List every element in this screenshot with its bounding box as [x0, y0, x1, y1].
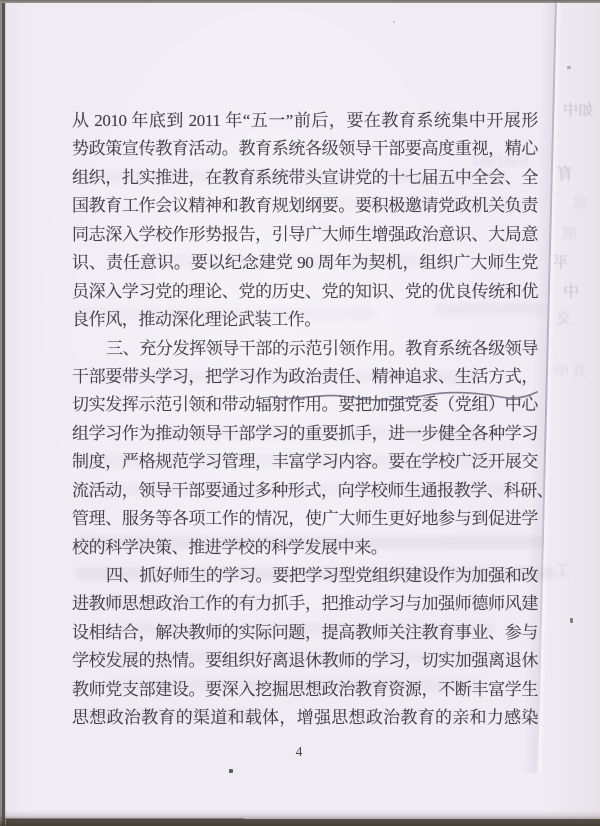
scanner-edge-bottom-line	[4, 818, 244, 820]
page-number: 4	[287, 744, 311, 760]
bleedthrough-fragment: 工	[555, 559, 570, 580]
document-line: 进教师思想政治工作的有力抓手，把推动学习与加强师德师风建	[72, 590, 538, 618]
document-line: 切实发挥示范引领和带动辐射作用。要把加强党委（党组）中心	[72, 391, 538, 419]
scanner-edge-left	[0, 0, 6, 826]
document-line: 组学习作为推动领导干部学习的重要抓手，进一步健全各种学习	[72, 420, 538, 448]
document-line: 干部要带头学习，把学习作为政治责任、精神追求、生活方式，	[72, 363, 538, 391]
document-line: 同志深入学校作形势报告，引导广大师生增强政治意识、大局意	[72, 221, 538, 249]
ink-speck	[229, 769, 233, 773]
document-line: 良作风，推动深化理论武装工作。	[72, 306, 538, 334]
document-line: 思想政治教育的渠道和载体，增强思想政治教育的亲和力感染	[72, 704, 538, 732]
document-page: 6582584〔2010〕31号如中育宗刚平中交共 中工 从 2010 年底到 …	[5, 3, 600, 819]
bleedthrough-fragment: 共 中	[555, 361, 587, 381]
bleedthrough-fragment: 育	[557, 161, 573, 184]
ink-speck	[393, 21, 395, 23]
document-line: 势政策宣传教育活动。教育系统各级领导干部要高度重视，精心	[72, 135, 538, 163]
document-line: 学校发展的热情。要组织好离退休教师的学习，切实加强离退休	[72, 647, 538, 675]
ink-speck	[570, 618, 573, 623]
ink-speck	[567, 66, 571, 69]
document-line: 校的科学决策、推进学校的科学发展中来。	[72, 534, 538, 562]
document-line: 管理、服务等各项工作的情况，使广大师生更好地参与到促进学	[72, 505, 538, 533]
document-text: 从 2010 年底到 2011 年“五一”前后，要在教育系统集中开展形势政策宣传…	[72, 107, 538, 733]
document-line: 设相结合，解决教师的实际问题，提高教师关注教育事业、参与	[72, 619, 538, 647]
document-line: 员深入学习党的理论、党的历史、党的知识、党的优良传统和优	[72, 278, 538, 306]
bleedthrough-fragment: 刚	[563, 223, 577, 243]
document-line: 制度，严格规范学习管理，丰富学习内容。要在学校广泛开展交	[72, 448, 538, 476]
document-line: 四、抓好师生的学习。要把学习型党组织建设作为加强和改	[72, 562, 538, 590]
bleedthrough-fragment: 交	[557, 307, 572, 328]
document-line: 从 2010 年底到 2011 年“五一”前后，要在教育系统集中开展形	[72, 107, 538, 135]
bleedthrough-fragment: 中	[563, 279, 579, 302]
document-line: 国教育工作会议精神和教育规划纲要。要积极邀请党政机关负责	[72, 192, 538, 220]
document-line: 流活动，领导干部要通过多种形式，向学校师生通报教学、科研、	[72, 477, 538, 505]
scanned-document: 6582584〔2010〕31号如中育宗刚平中交共 中工 从 2010 年底到 …	[0, 0, 600, 826]
document-line: 教师党支部建设。要深入挖掘思想政治教育资源，不断丰富学生	[72, 676, 538, 704]
scanner-edge-top	[0, 0, 600, 3]
document-line: 三、充分发挥领导干部的示范引领作用。教育系统各级领导	[72, 335, 538, 363]
document-line: 识、责任意识。要以纪念建党 90 周年为契机，组织广大师生党	[72, 249, 538, 277]
document-line: 组织，扎实推进，在教育系统带头宣讲党的十七届五中全会、全	[72, 164, 538, 192]
bleedthrough-fragment: 宗	[573, 193, 587, 213]
document-body: 从 2010 年底到 2011 年“五一”前后，要在教育系统集中开展形势政策宣传…	[72, 107, 538, 733]
bleedthrough-fragment: 如中	[563, 99, 593, 120]
